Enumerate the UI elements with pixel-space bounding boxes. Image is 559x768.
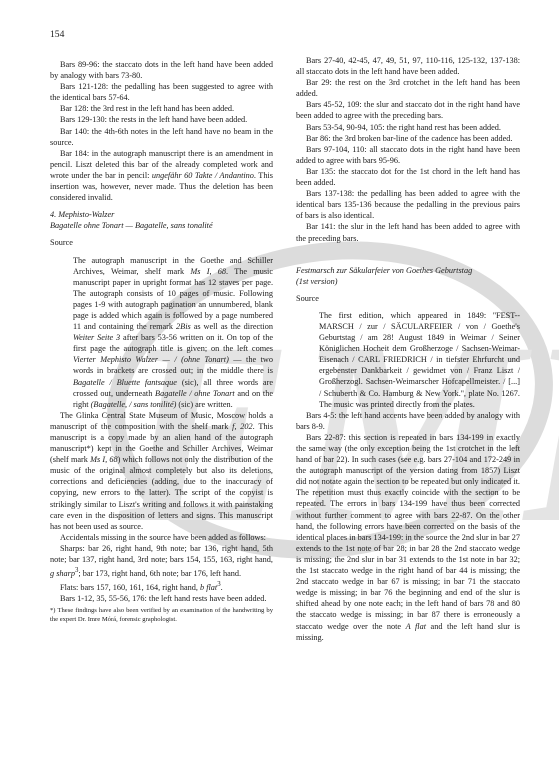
paragraph: Bar 135: the staccato dot for the 1st ch… bbox=[296, 166, 520, 188]
page-number: 154 bbox=[50, 29, 64, 40]
source-label: Source bbox=[50, 237, 273, 248]
paragraph: Accidentals missing in the source have b… bbox=[50, 532, 273, 543]
paragraph: Bar 128: the 3rd rest in the left hand h… bbox=[50, 103, 273, 114]
section-heading-mephisto: 4. Mephisto-WalzerBagatelle ohne Tonart … bbox=[50, 209, 273, 231]
footnote: *) These findings have also been verifie… bbox=[50, 607, 273, 624]
paragraph: Bar 29: the rest on the 3rd crotchet in … bbox=[296, 77, 520, 99]
paragraph: Bars 121-128: the pedalling has been sug… bbox=[50, 81, 273, 103]
paragraph-bar-184: Bar 184: in the autograph manuscript the… bbox=[50, 148, 273, 203]
paragraph: Bars 89-96: the staccato dots in the lef… bbox=[50, 59, 273, 81]
paragraph: Bars 4-5: the left hand accents have bee… bbox=[296, 410, 520, 432]
spacer bbox=[296, 244, 520, 259]
paragraph: Bars 1-12, 35, 55-56, 176: the left hand… bbox=[50, 593, 273, 604]
paragraph: Bars 53-54, 90-94, 105: the right hand r… bbox=[296, 122, 520, 133]
paragraph: Bars 97-104, 110: all staccato dots in t… bbox=[296, 144, 520, 166]
paragraph: Bar 86: the 3rd broken bar-line of the c… bbox=[296, 133, 520, 144]
paragraph: Bars 137-138: the pedalling has been add… bbox=[296, 188, 520, 221]
paragraph-bars-22-87: Bars 22-87: this section is repeated in … bbox=[296, 432, 520, 643]
source-description: The first edition, which appeared in 184… bbox=[319, 310, 520, 410]
right-column: Bars 27-40, 42-45, 47, 49, 51, 97, 110-1… bbox=[296, 55, 520, 643]
section-heading-festmarsch: Festmarsch zur Säkularfeier von Goethes … bbox=[296, 265, 520, 287]
paragraph: Bar 140: the 4th-6th notes in the left h… bbox=[50, 126, 273, 148]
paragraph: Bars 129-130: the rests in the left hand… bbox=[50, 114, 273, 125]
paragraph: Bars 45-52, 109: the slur and staccato d… bbox=[296, 99, 520, 121]
source-label: Source bbox=[296, 293, 520, 304]
paragraph-flats: Flats: bars 157, 160, 161, 164, right ha… bbox=[50, 579, 273, 593]
paragraph-sharps: Sharps: bar 26, right hand, 9th note; ba… bbox=[50, 543, 273, 579]
source-description: The autograph manuscript in the Goethe a… bbox=[73, 255, 273, 410]
paragraph-glinka: The Glinka Central State Museum of Music… bbox=[50, 410, 273, 532]
paragraph: Bar 141: the slur in the left hand has b… bbox=[296, 221, 520, 243]
left-column: Bars 89-96: the staccato dots in the lef… bbox=[50, 59, 273, 631]
paragraph: Bars 27-40, 42-45, 47, 49, 51, 97, 110-1… bbox=[296, 55, 520, 77]
